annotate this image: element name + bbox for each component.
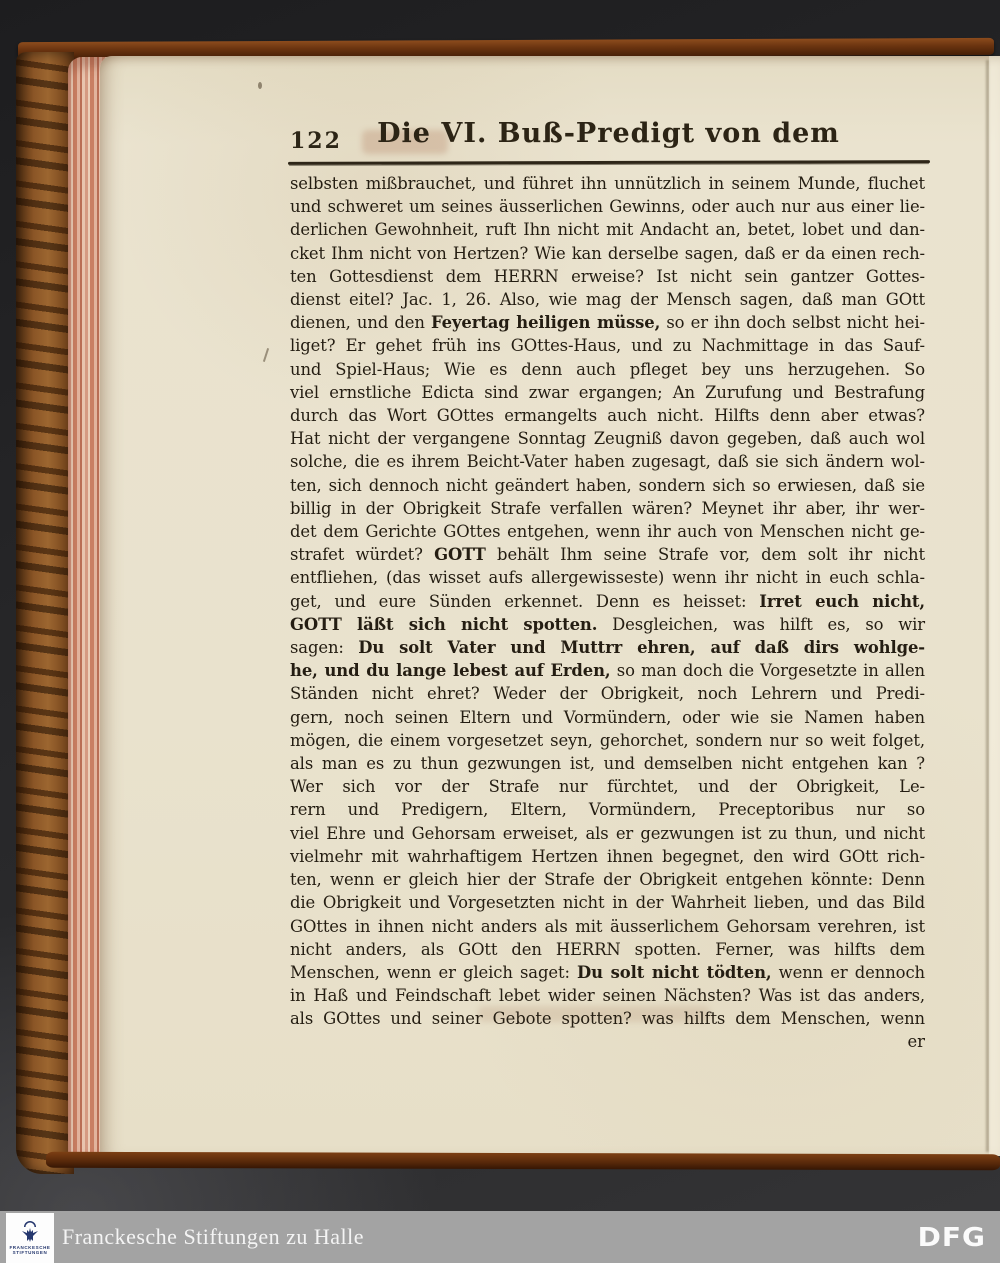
text-line: gern, noch seinen Eltern und Vormündern,… [290, 706, 925, 729]
text-line: in Haß und Feindschaft lebet wider seine… [290, 984, 925, 1007]
margin-ink-mark [263, 348, 269, 362]
catchword: er [290, 1032, 925, 1051]
text-line: die Obrigkeit und Vorgesetzten nicht in … [290, 891, 925, 914]
running-head: Die VI. Buß-Predigt von dem [292, 118, 925, 149]
text-line: sagen: Du solt Vater und Muttrr ehren, a… [290, 636, 925, 659]
franckesche-stiftungen-logo: FRANCKESCHE STIFTUNGEN [6, 1213, 54, 1263]
text-line: rern und Predigern, Eltern, Vormündern, … [290, 798, 925, 821]
text-line: ten Gottesdienst dem HERRN erweise? Ist … [290, 265, 925, 288]
text-line: vielmehr mit wahrhaftigem Hertzen ihnen … [290, 845, 925, 868]
text-line: als man es zu thun gezwungen ist, und de… [290, 752, 925, 775]
text-line: und schweret um seines äusserlichen Gewi… [290, 195, 925, 218]
institution-name: Franckesche Stiftungen zu Halle [62, 1211, 364, 1263]
text-line: nicht anders, als GOtt den HERRN spotten… [290, 938, 925, 961]
text-line: viel ernstliche Edicta sind zwar ergange… [290, 381, 925, 404]
text-line: entfliehen, (das wisset aufs allergewiss… [290, 566, 925, 589]
text-line: he, und du lange lebest auf Erden, so ma… [290, 659, 925, 682]
text-line: durch das Wort GOttes ermangelts auch ni… [290, 404, 925, 427]
text-line: dienst eitel? Jac. 1, 26. Also, wie mag … [290, 288, 925, 311]
text-line: get, und eure Sünden erkennet. Denn es h… [290, 590, 925, 613]
book-bottom-leather-edge [46, 1152, 1000, 1170]
text-line: billig in der Obrigkeit Strafe verfallen… [290, 497, 925, 520]
text-line: cket Ihm nicht von Hertzen? Wie kan ders… [290, 242, 925, 265]
text-line: solche, die es ihrem Beicht-Vater haben … [290, 450, 925, 473]
page-right-margin-fold [989, 56, 1000, 1156]
scanned-page: 122 Die VI. Buß-Predigt von dem selbsten… [100, 56, 1000, 1156]
text-line: strafet würdet? GOTT behält Ihm seine St… [290, 543, 925, 566]
text-line: dienen, und den Feyertag heiligen müsse,… [290, 311, 925, 334]
text-line: selbsten mißbrauchet, und führet ihn unn… [290, 172, 925, 195]
dfg-logo: DFG [918, 1213, 986, 1261]
text-line: und Spiel-Haus; Wie es denn auch pfleget… [290, 358, 925, 381]
text-line: Wer sich vor der Strafe nur fürchtet, un… [290, 775, 925, 798]
text-line: derlichen Gewohnheit, ruft Ihn nicht mit… [290, 218, 925, 241]
text-line: mögen, die einem vorgesetzet seyn, gehor… [290, 729, 925, 752]
text-line: GOTT läßt sich nicht spotten. Desgleiche… [290, 613, 925, 636]
margin-ink-mark [258, 82, 262, 89]
logo-caption: FRANCKESCHE STIFTUNGEN [9, 1245, 50, 1256]
body-text: selbsten mißbrauchet, und führet ihn unn… [290, 172, 925, 1031]
text-line: det dem Gerichte GOttes entgehen, wenn i… [290, 520, 925, 543]
text-line: viel Ehre und Gehorsam erweiset, als er … [290, 822, 925, 845]
text-line: GOttes in ihnen nicht anders als mit äus… [290, 915, 925, 938]
viewer-footer-bar: FRANCKESCHE STIFTUNGEN Franckesche Stift… [0, 1211, 1000, 1263]
text-line: Hat nicht der vergangene Sonntag Zeugniß… [290, 427, 925, 450]
text-line: ten, sich dennoch nicht geändert haben, … [290, 474, 925, 497]
text-line: als GOttes und seiner Gebote spotten? wa… [290, 1007, 925, 1030]
eagle-sun-icon [20, 1221, 40, 1243]
book-spine [16, 52, 74, 1174]
header-rule [288, 160, 930, 165]
text-line: ten, wenn er gleich hier der Strafe der … [290, 868, 925, 891]
text-line: Ständen nicht ehret? Weder der Obrigkeit… [290, 682, 925, 705]
text-line: liget? Er gehet früh ins GOttes-Haus, un… [290, 334, 925, 357]
text-line: Menschen, wenn er gleich saget: Du solt … [290, 961, 925, 984]
